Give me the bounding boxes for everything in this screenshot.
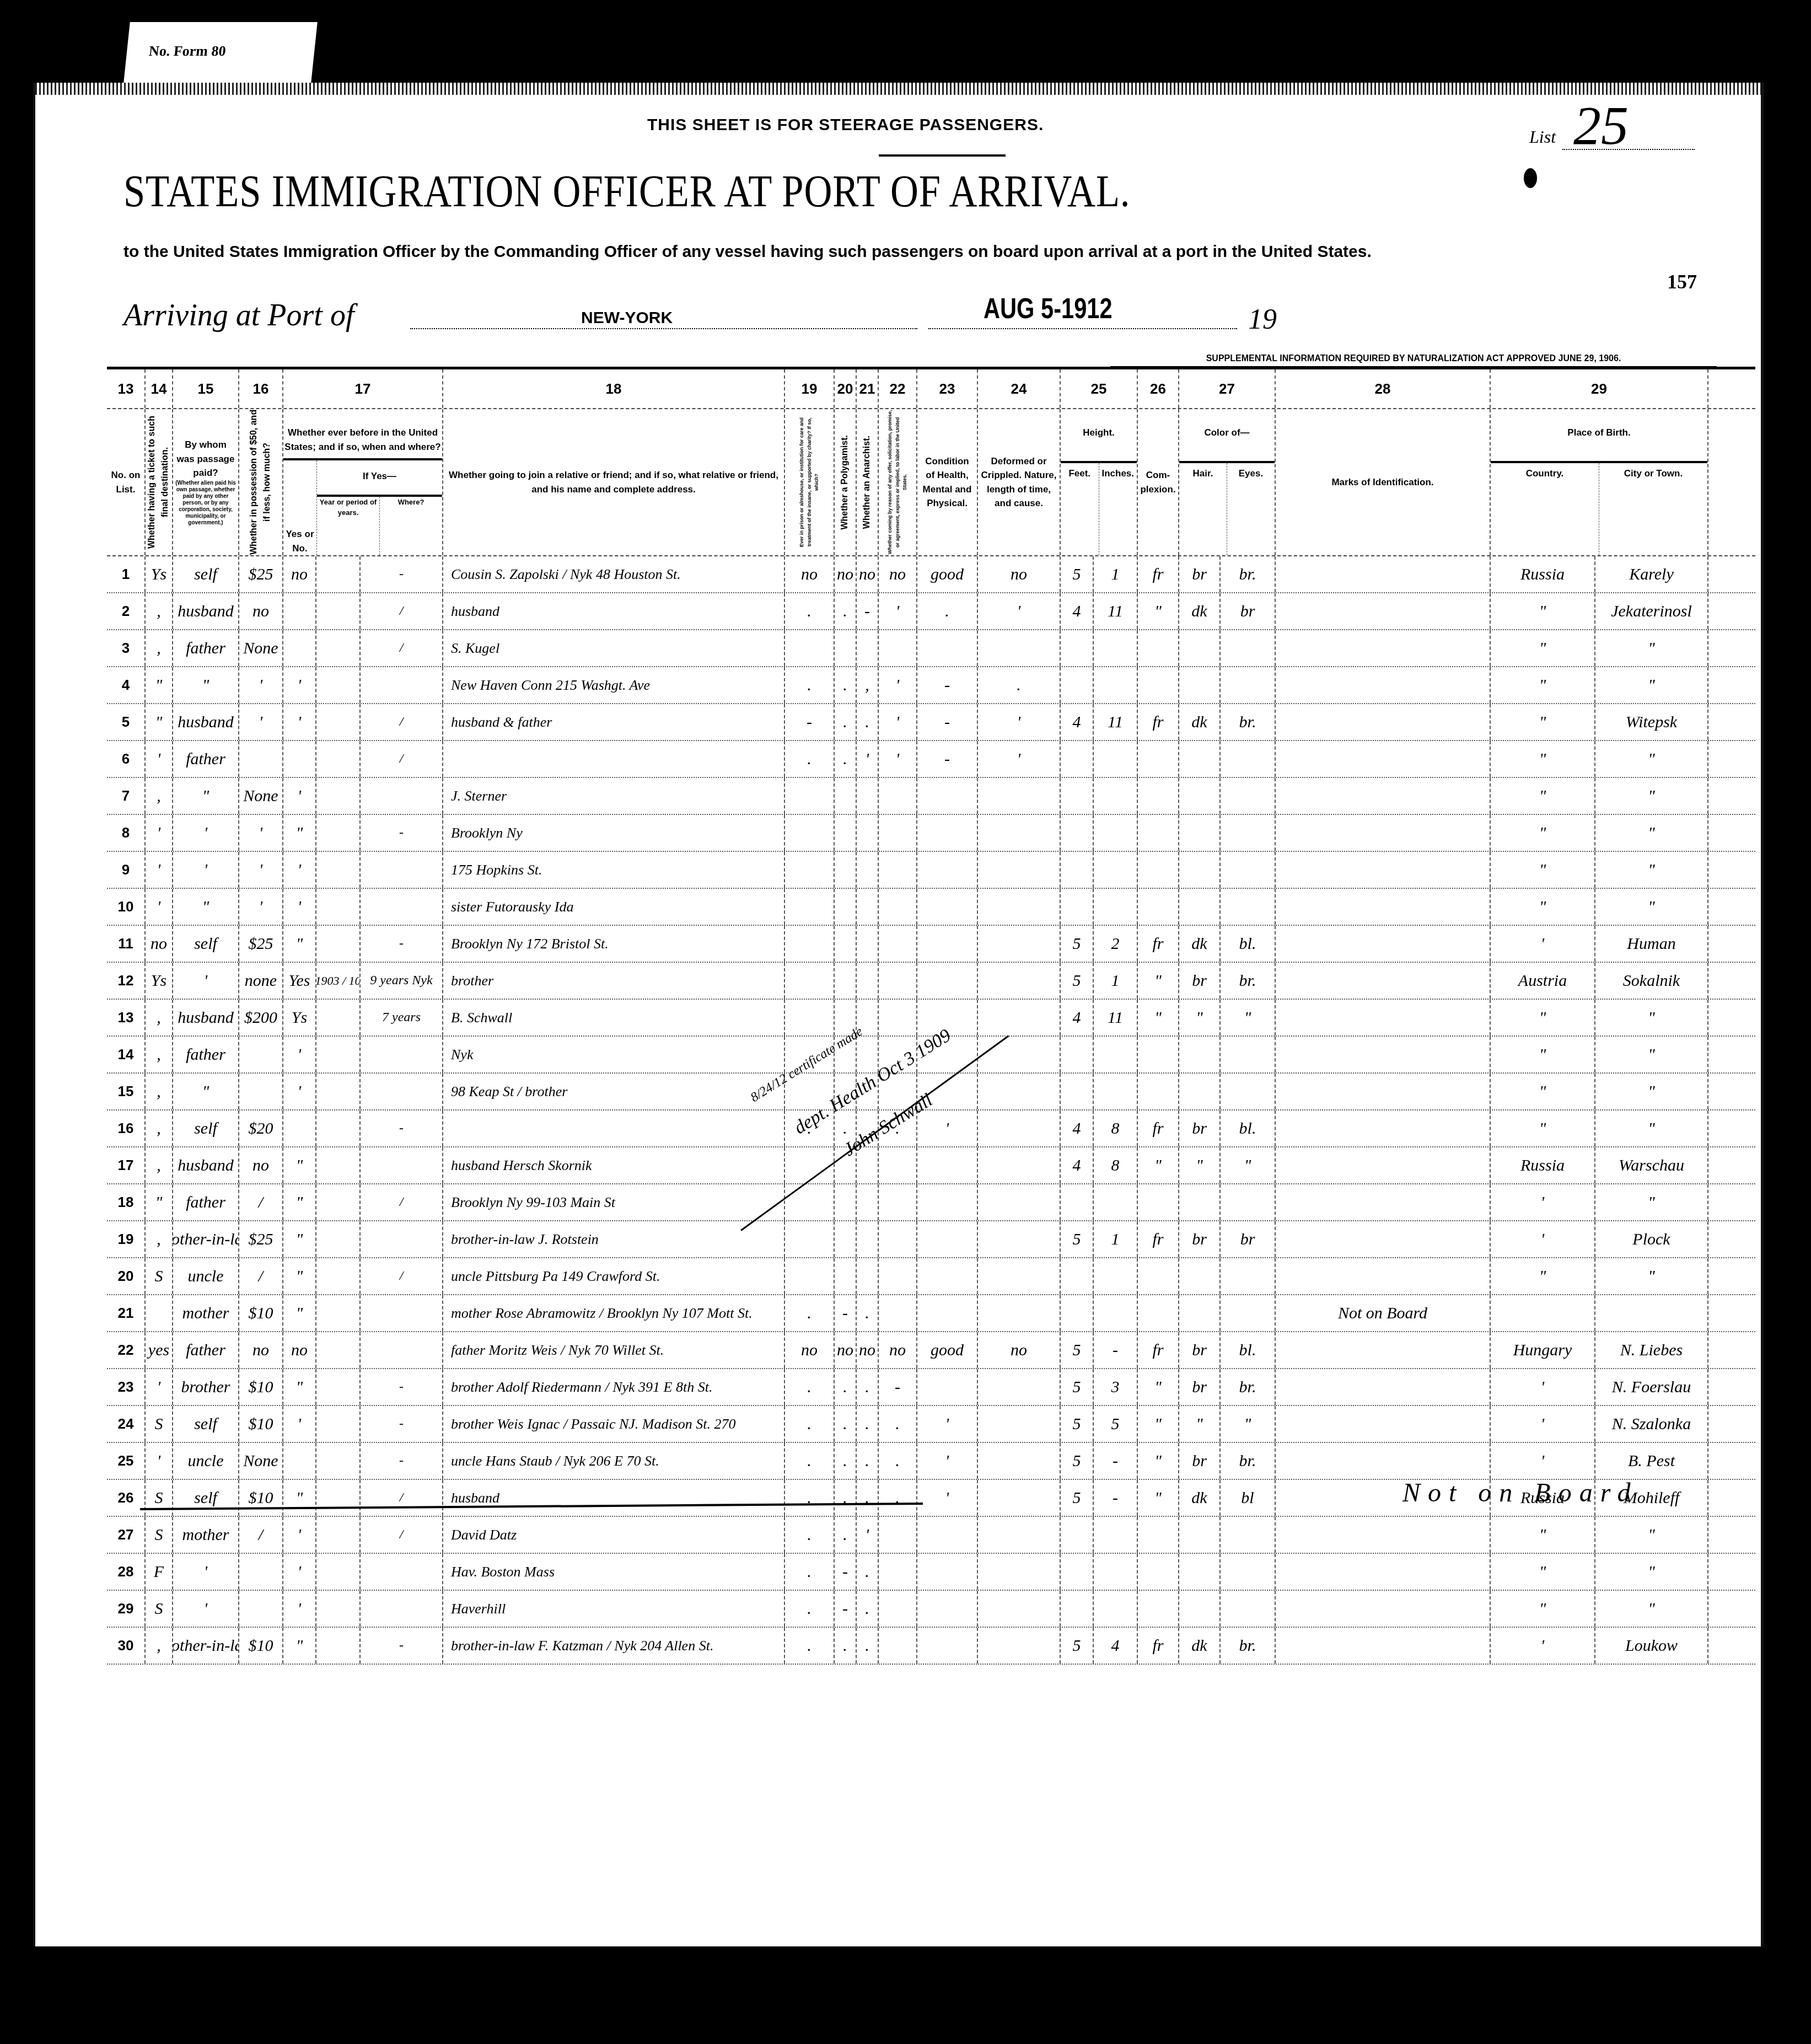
cell-money: $25 — [239, 926, 283, 962]
cell-health — [917, 1221, 978, 1257]
cell-inches: 1 — [1094, 963, 1138, 999]
cell-polygamist: - — [835, 1295, 857, 1331]
cell-complexion: " — [1138, 1443, 1179, 1479]
cell-before: " — [283, 1369, 316, 1405]
cell-deformed — [978, 1221, 1061, 1257]
cell-money: / — [239, 1184, 283, 1220]
cell-where — [361, 1037, 443, 1072]
cell-polygamist — [835, 889, 857, 925]
cell-passage-paid: " — [173, 667, 239, 703]
cell-country: ' — [1491, 1628, 1595, 1664]
table-row: 30 , brother-in-law $10 " - brother-in-l… — [107, 1628, 1755, 1665]
cell-before: " — [283, 1480, 316, 1516]
cell-deformed — [978, 1000, 1061, 1036]
table-row: 25 ' uncle None - uncle Hans Staub / Nyk… — [107, 1443, 1755, 1480]
cell-labor: . — [879, 1480, 917, 1516]
cell-hair — [1179, 1295, 1221, 1331]
cell-years — [316, 1406, 361, 1442]
cell-before: ' — [283, 1406, 316, 1442]
cell-marks — [1276, 1184, 1491, 1220]
cell-labor — [879, 852, 917, 888]
cell-money: ' — [239, 852, 283, 888]
cell-ticket: ' — [146, 1369, 173, 1405]
cell-country: ' — [1491, 1184, 1595, 1220]
cell-years — [316, 667, 361, 703]
cell-marks — [1276, 1221, 1491, 1257]
cell-years — [316, 889, 361, 925]
list-underline — [1562, 149, 1695, 150]
cell-health — [917, 630, 978, 666]
cell-ticket — [146, 1295, 173, 1331]
cell-before: ' — [283, 667, 316, 703]
cell-labor — [879, 1517, 917, 1553]
cell-complexion — [1138, 1554, 1179, 1590]
cell-hair — [1179, 815, 1221, 851]
cell-hair: dk — [1179, 1480, 1221, 1516]
cell-where — [361, 1074, 443, 1109]
cell-ticket: ' — [146, 815, 173, 851]
cell-inches: - — [1094, 1480, 1138, 1516]
cell-deformed — [978, 1074, 1061, 1109]
cell-years — [316, 1554, 361, 1590]
cell-health — [917, 1517, 978, 1553]
cell-health — [917, 815, 978, 851]
cell-money: none — [239, 963, 283, 999]
cell-ticket: , — [146, 1147, 173, 1183]
cell-polygamist: . — [835, 593, 857, 629]
cell-country — [1491, 1295, 1595, 1331]
not-on-board-note: Not on Board — [1402, 1478, 1638, 1508]
cell-prison: - — [785, 704, 835, 740]
cell-no: 11 — [107, 926, 146, 962]
cell-feet: 4 — [1061, 1110, 1094, 1146]
cell-where: 7 years — [361, 1000, 443, 1036]
cell-complexion — [1138, 1517, 1179, 1553]
cell-polygamist: . — [835, 1628, 857, 1664]
cell-relative: Hav. Boston Mass — [443, 1554, 785, 1590]
cell-deformed — [978, 1110, 1061, 1146]
cell-country: " — [1491, 852, 1595, 888]
cell-years — [316, 630, 361, 666]
cell-labor — [879, 1258, 917, 1294]
cell-anarchist — [857, 889, 879, 925]
cell-before: Ys — [283, 1000, 316, 1036]
cell-country: ' — [1491, 1443, 1595, 1479]
cell-marks — [1276, 889, 1491, 925]
cell-feet — [1061, 1037, 1094, 1072]
cell-deformed: . — [978, 667, 1061, 703]
cell-deformed — [978, 778, 1061, 814]
cell-ticket: ' — [146, 1443, 173, 1479]
cell-ticket: Ys — [146, 963, 173, 999]
cell-deformed — [978, 889, 1061, 925]
cell-no: 7 — [107, 778, 146, 814]
header-before-title: Whether ever before in the United States… — [283, 409, 442, 454]
cell-feet: 5 — [1061, 963, 1094, 999]
cell-feet: 5 — [1061, 1480, 1094, 1516]
cell-relative: mother Rose Abramowitz / Brooklyn Ny 107… — [443, 1295, 785, 1331]
cell-prison — [785, 1147, 835, 1183]
header-labor: Whether coming by reason of any offer, s… — [879, 409, 917, 555]
header-passage-paid: By whom was passage paid? (Whether alien… — [173, 409, 239, 555]
cell-where — [361, 1554, 443, 1590]
cell-prison — [785, 963, 835, 999]
cell-years — [316, 1480, 361, 1516]
cell-passage-paid: self — [173, 926, 239, 962]
cell-anarchist — [857, 1258, 879, 1294]
table-row: 29 S ' ' Haverhill . - . " " — [107, 1591, 1755, 1628]
cell-feet — [1061, 852, 1094, 888]
header-height-sub: Feet. Inches. — [1061, 461, 1137, 556]
cell-before: ' — [283, 1517, 316, 1553]
cell-years — [316, 1628, 361, 1664]
cell-marks — [1276, 1517, 1491, 1553]
port-value: NEW-YORK — [581, 309, 673, 328]
cell-country: " — [1491, 704, 1595, 740]
cell-health: - — [917, 667, 978, 703]
ink-blot — [1524, 168, 1537, 188]
cell-relative: husband & father — [443, 704, 785, 740]
cell-money: $25 — [239, 1221, 283, 1257]
cell-anarchist: no — [857, 1332, 879, 1368]
cell-inches — [1094, 1074, 1138, 1109]
cell-ticket: , — [146, 593, 173, 629]
cell-city: " — [1595, 1037, 1708, 1072]
cell-marks — [1276, 741, 1491, 777]
cell-no: 24 — [107, 1406, 146, 1442]
form-tab: No. Form 80 — [123, 22, 318, 83]
cell-before: no — [283, 1332, 316, 1368]
cell-no: 5 — [107, 704, 146, 740]
cell-hair — [1179, 1517, 1221, 1553]
cell-prison: . — [785, 1480, 835, 1516]
cell-country: " — [1491, 1554, 1595, 1590]
cell-years — [316, 1443, 361, 1479]
cell-polygamist — [835, 963, 857, 999]
cell-money: $10 — [239, 1369, 283, 1405]
header-labor-text: Whether coming by reason of any offer, s… — [886, 409, 909, 555]
cell-hair: br — [1179, 1221, 1221, 1257]
cell-labor — [879, 1628, 917, 1664]
cell-no: 27 — [107, 1517, 146, 1553]
table-row: 11 no self $25 " - Brooklyn Ny 172 Brist… — [107, 926, 1755, 963]
cell-eyes: br. — [1221, 963, 1276, 999]
cell-where: / — [361, 593, 443, 629]
cell-money: ' — [239, 704, 283, 740]
cell-before: " — [283, 1221, 316, 1257]
cell-prison: . — [785, 1517, 835, 1553]
cell-polygamist: . — [835, 1517, 857, 1553]
cell-before: ' — [283, 1554, 316, 1590]
cell-health — [917, 1184, 978, 1220]
cell-hair: br — [1179, 556, 1221, 592]
cell-relative: B. Schwall — [443, 1000, 785, 1036]
cell-where: - — [361, 1443, 443, 1479]
col-num: 21 — [857, 369, 879, 408]
cell-labor: . — [879, 1406, 917, 1442]
col-num: 28 — [1276, 369, 1491, 408]
cell-country: Russia — [1491, 556, 1595, 592]
cell-where — [361, 667, 443, 703]
cell-ticket: no — [146, 926, 173, 962]
page-title: STATES IMMIGRATION OFFICER AT PORT OF AR… — [123, 165, 1130, 217]
cell-marks — [1276, 1000, 1491, 1036]
page-number: 157 — [1667, 270, 1697, 293]
table-row: 9 ' ' ' ' 175 Hopkins St. " " — [107, 852, 1755, 889]
cell-passage-paid: ' — [173, 815, 239, 851]
cell-eyes — [1221, 667, 1276, 703]
cell-passage-paid: mother — [173, 1295, 239, 1331]
cell-complexion: " — [1138, 963, 1179, 999]
cell-labor — [879, 1147, 917, 1183]
cell-passage-paid: brother — [173, 1369, 239, 1405]
cell-marks — [1276, 1110, 1491, 1146]
cell-city: N. Liebes — [1595, 1332, 1708, 1368]
cell-hair: br — [1179, 963, 1221, 999]
cell-anarchist — [857, 1221, 879, 1257]
cell-inches: 11 — [1094, 704, 1138, 740]
cell-relative — [443, 741, 785, 777]
cell-relative: brother — [443, 963, 785, 999]
header-complexion: Com-plexion. — [1138, 409, 1179, 555]
cell-inches — [1094, 815, 1138, 851]
cell-no: 15 — [107, 1074, 146, 1109]
cell-passage-paid: father — [173, 741, 239, 777]
cell-hair — [1179, 1184, 1221, 1220]
cell-before: ' — [283, 852, 316, 888]
year-prefix: 19 — [1248, 303, 1277, 336]
cell-marks — [1276, 1074, 1491, 1109]
cell-hair — [1179, 1554, 1221, 1590]
cell-anarchist: ' — [857, 741, 879, 777]
table-row: 2 , husband no / husband . . - ' . ' 4 1… — [107, 593, 1755, 630]
date-stamp: AUG 5-1912 — [984, 292, 1113, 325]
cell-polygamist: - — [835, 1554, 857, 1590]
cell-prison — [785, 1184, 835, 1220]
table-row: 5 " husband ' ' / husband & father - . .… — [107, 704, 1755, 741]
cell-hair: br — [1179, 1443, 1221, 1479]
cell-money: None — [239, 778, 283, 814]
cell-deformed — [978, 1517, 1061, 1553]
cell-city: " — [1595, 1591, 1708, 1627]
table-row: 22 yes father no no father Moritz Weis /… — [107, 1332, 1755, 1369]
cell-polygamist: . — [835, 1406, 857, 1442]
cell-eyes — [1221, 852, 1276, 888]
cell-labor — [879, 815, 917, 851]
cell-where: - — [361, 815, 443, 851]
cell-prison: . — [785, 1406, 835, 1442]
cell-complexion: " — [1138, 1000, 1179, 1036]
cell-health — [917, 1295, 978, 1331]
cell-polygamist — [835, 1258, 857, 1294]
cell-labor — [879, 926, 917, 962]
cell-labor: . — [879, 1443, 917, 1479]
cell-before: " — [283, 1147, 316, 1183]
cell-city: Sokalnik — [1595, 963, 1708, 999]
cell-relative: brother Adolf Riedermann / Nyk 391 E 8th… — [443, 1369, 785, 1405]
cell-city: " — [1595, 889, 1708, 925]
cell-anarchist: . — [857, 1480, 879, 1516]
header-if-yes-sub: Year or period of years. Where? — [317, 497, 442, 556]
cell-city: N. Szalonka — [1595, 1406, 1708, 1442]
header-money-text: Whether in possession of $50, and if les… — [248, 409, 274, 555]
table-row: 17 , husband no " husband Hersch Skornik… — [107, 1147, 1755, 1184]
cell-inches — [1094, 741, 1138, 777]
cell-before: no — [283, 556, 316, 592]
cell-anarchist: . — [857, 1369, 879, 1405]
cell-health — [917, 889, 978, 925]
cell-prison — [785, 630, 835, 666]
cell-anarchist: . — [857, 1295, 879, 1331]
cell-passage-paid: husband — [173, 704, 239, 740]
cell-eyes — [1221, 630, 1276, 666]
cell-relative: 98 Keap St / brother — [443, 1074, 785, 1109]
cell-labor: no — [879, 1332, 917, 1368]
cell-country: " — [1491, 1074, 1595, 1109]
cell-where: - — [361, 1628, 443, 1664]
cell-inches: - — [1094, 1443, 1138, 1479]
header-color-sub: Hair. Eyes. — [1179, 461, 1275, 556]
cell-before: " — [283, 815, 316, 851]
cell-health: ' — [917, 1480, 978, 1516]
header-if-yes-group: If Yes— Year or period of years. Where? — [317, 460, 442, 555]
header-years: Year or period of years. — [317, 497, 380, 556]
cell-country: " — [1491, 630, 1595, 666]
cell-ticket: ' — [146, 889, 173, 925]
cell-where: / — [361, 1517, 443, 1553]
cell-feet — [1061, 1074, 1094, 1109]
cell-passage-paid: husband — [173, 1147, 239, 1183]
cell-complexion: " — [1138, 1369, 1179, 1405]
date-underline — [928, 328, 1237, 329]
header-height-title: Height. — [1083, 409, 1115, 457]
cell-ticket: F — [146, 1554, 173, 1590]
cell-no: 26 — [107, 1480, 146, 1516]
table-row: 4 " " ' ' New Haven Conn 215 Washgt. Ave… — [107, 667, 1755, 704]
cell-years — [316, 1037, 361, 1072]
cell-marks — [1276, 1628, 1491, 1664]
cell-relative: New Haven Conn 215 Washgt. Ave — [443, 667, 785, 703]
cell-passage-paid: " — [173, 1074, 239, 1109]
cell-passage-paid: father — [173, 1332, 239, 1368]
cell-relative: Brooklyn Ny — [443, 815, 785, 851]
cell-complexion: fr — [1138, 1628, 1179, 1664]
cell-anarchist — [857, 926, 879, 962]
cell-deformed — [978, 926, 1061, 962]
table-row: 23 ' brother $10 " - brother Adolf Riede… — [107, 1369, 1755, 1406]
cell-health — [917, 926, 978, 962]
cell-ticket: " — [146, 667, 173, 703]
cell-relative: husband — [443, 593, 785, 629]
header-birthplace-sub: Country. City or Town. — [1491, 461, 1707, 556]
cell-labor — [879, 1184, 917, 1220]
cell-before: " — [283, 926, 316, 962]
cell-passage-paid: self — [173, 556, 239, 592]
cell-where: / — [361, 1258, 443, 1294]
cell-health — [917, 1147, 978, 1183]
cell-where: 9 years Nyk — [361, 963, 443, 999]
header-birthplace-title: Place of Birth. — [1567, 409, 1630, 457]
cell-labor: ' — [879, 667, 917, 703]
cell-relative: David Datz — [443, 1517, 785, 1553]
table-row: 16 , self $20 - . . . ' 4 8 fr br bl. " … — [107, 1110, 1755, 1147]
cell-before: " — [283, 1184, 316, 1220]
cell-relative: sister Futorausky Ida — [443, 889, 785, 925]
cell-marks — [1276, 926, 1491, 962]
cell-polygamist: . — [835, 667, 857, 703]
cell-ticket: Ys — [146, 556, 173, 592]
cell-no: 29 — [107, 1591, 146, 1627]
header-hair: Hair. — [1179, 463, 1227, 556]
cell-prison: . — [785, 1591, 835, 1627]
cell-years — [316, 778, 361, 814]
cell-prison: . — [785, 1443, 835, 1479]
cell-prison: no — [785, 1332, 835, 1368]
cell-before: ' — [283, 1037, 316, 1072]
cell-marks — [1276, 556, 1491, 592]
cell-relative: J. Sterner — [443, 778, 785, 814]
cell-deformed: ' — [978, 741, 1061, 777]
cell-polygamist: . — [835, 1443, 857, 1479]
cell-complexion — [1138, 815, 1179, 851]
header-if-yes: If Yes— — [317, 464, 442, 497]
header-polygamist: Whether a Polygamist. — [835, 409, 857, 555]
cell-polygamist: . — [835, 1480, 857, 1516]
cell-complexion — [1138, 1037, 1179, 1072]
cell-complexion: " — [1138, 1480, 1179, 1516]
cell-money — [239, 1037, 283, 1072]
cell-deformed — [978, 1554, 1061, 1590]
cell-polygamist — [835, 1221, 857, 1257]
cell-health: good — [917, 1332, 978, 1368]
cell-complexion — [1138, 741, 1179, 777]
cell-country: " — [1491, 815, 1595, 851]
cell-anarchist: . — [857, 1628, 879, 1664]
col-num: 14 — [146, 369, 173, 408]
cell-where — [361, 1295, 443, 1331]
cell-feet: 4 — [1061, 1147, 1094, 1183]
cell-ticket: , — [146, 1110, 173, 1146]
cell-complexion — [1138, 1074, 1179, 1109]
cell-no: 12 — [107, 963, 146, 999]
cell-anarchist: . — [857, 704, 879, 740]
cell-labor — [879, 630, 917, 666]
cell-city: Jekaterinosl — [1595, 593, 1708, 629]
sheet-edge — [35, 83, 1761, 95]
cell-passage-paid: " — [173, 778, 239, 814]
cell-passage-paid: self — [173, 1110, 239, 1146]
header-no-on-list: No. on List. — [107, 409, 146, 555]
table-row: 3 , father None / S. Kugel " " — [107, 630, 1755, 667]
cell-years — [316, 1295, 361, 1331]
cell-complexion: fr — [1138, 1110, 1179, 1146]
cell-complexion — [1138, 1184, 1179, 1220]
cell-money — [239, 741, 283, 777]
cell-deformed — [978, 1147, 1061, 1183]
cell-money — [239, 1554, 283, 1590]
cell-eyes: " — [1221, 1147, 1276, 1183]
cell-where: - — [361, 1369, 443, 1405]
cell-complexion: " — [1138, 593, 1179, 629]
cell-health: - — [917, 704, 978, 740]
cell-relative: brother Weis Ignac / Passaic NJ. Madison… — [443, 1406, 785, 1442]
cell-marks — [1276, 1037, 1491, 1072]
cell-where — [361, 778, 443, 814]
cell-where: / — [361, 704, 443, 740]
cell-eyes: br. — [1221, 556, 1276, 592]
cell-hair: dk — [1179, 926, 1221, 962]
cell-where: / — [361, 1184, 443, 1220]
